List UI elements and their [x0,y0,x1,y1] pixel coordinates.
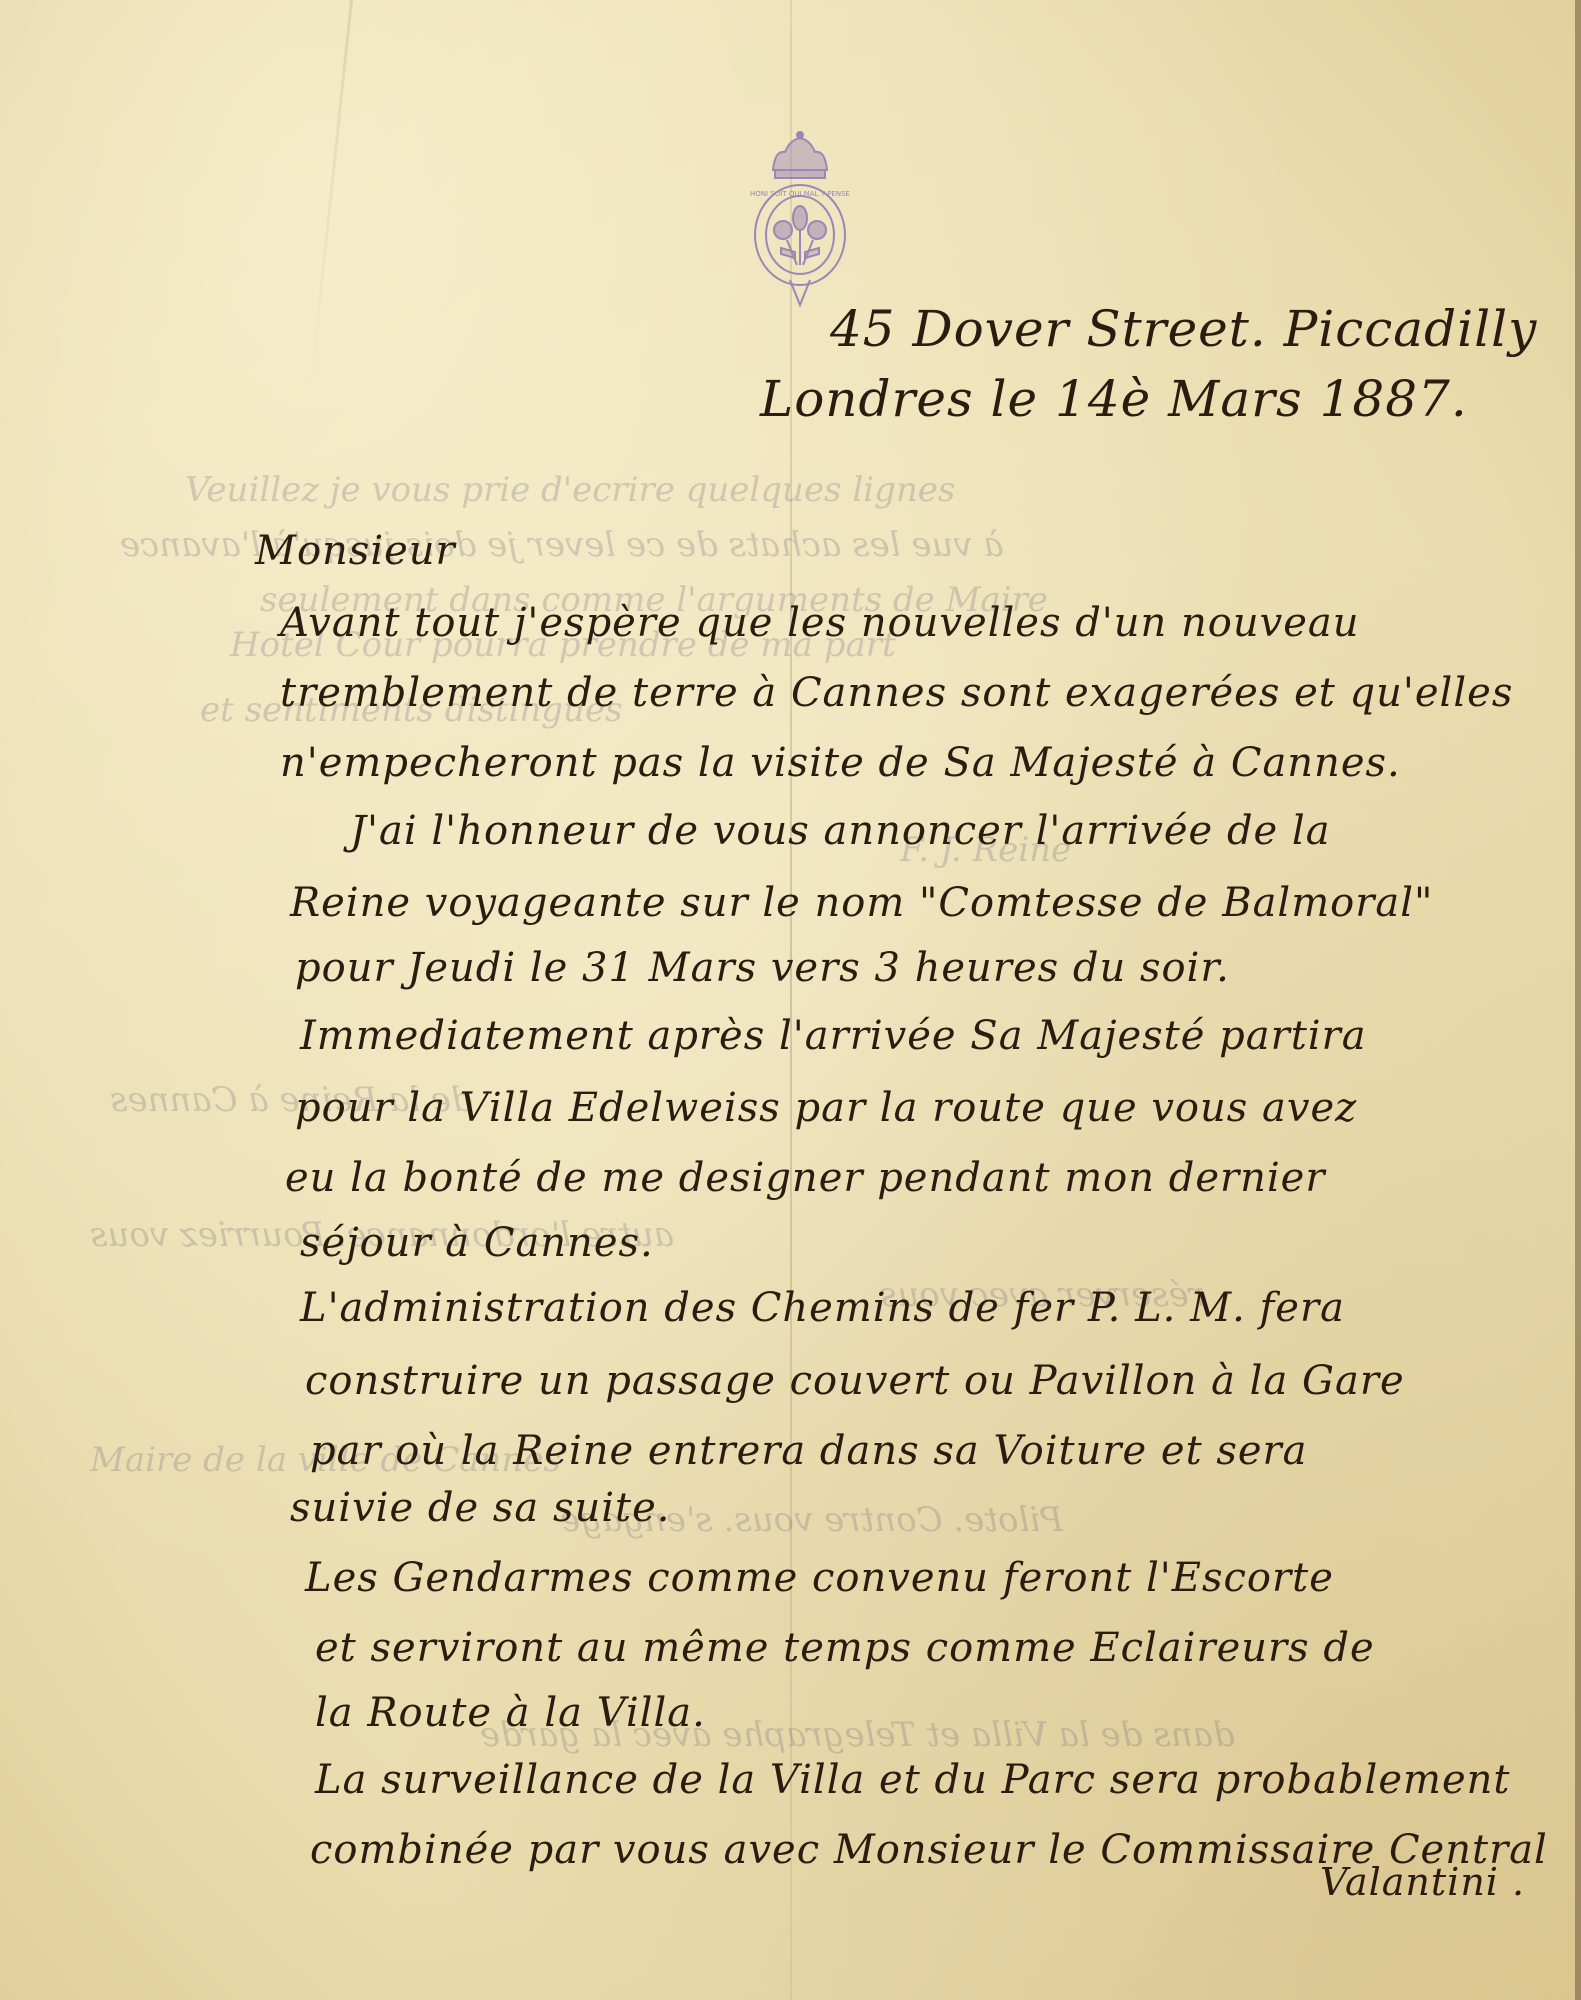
letter-line: L'administration des Chemins de fer P. L… [300,1285,1345,1331]
letter-signature: Valantini . [1320,1860,1525,1904]
letter-line: Avant tout j'espère que les nouvelles d'… [280,600,1360,646]
svg-text:HONI SOIT QUI MAL Y PENSE: HONI SOIT QUI MAL Y PENSE [750,190,850,198]
letter-salutation: Monsieur [255,528,456,574]
letter-page: Veuillez je vous prie d'ecrire quelques … [0,0,1581,2000]
paper-edge-shadow [1575,0,1581,2000]
bleed-through-line: Veuillez je vous prie d'ecrire quelques … [185,470,955,510]
letter-line: séjour à Cannes. [300,1220,654,1266]
letter-line: tremblement de terre à Cannes sont exage… [280,670,1513,716]
letter-line: n'empecheront pas la visite de Sa Majest… [280,740,1401,786]
letter-line: suivie de sa suite. [290,1485,670,1531]
letter-line: Reine voyageante sur le nom "Comtesse de… [290,880,1433,926]
paper-fold-crease [308,0,353,398]
letter-line: la Route à la Villa. [315,1690,706,1736]
letter-line: pour la Villa Edelweiss par la route que… [295,1085,1357,1131]
letter-dateline: Londres le 14è Mars 1887. [760,370,1468,428]
prince-of-wales-feathers-crest-icon: HONI SOIT QUI MAL Y PENSE [745,130,855,310]
letter-line: La surveillance de la Villa et du Parc s… [315,1757,1510,1803]
letter-line: et serviront au même temps comme Eclaire… [315,1625,1375,1671]
letter-line: par où la Reine entrera dans sa Voiture … [310,1428,1308,1474]
letter-line: J'ai l'honneur de vous annoncer l'arrivé… [350,808,1331,854]
letter-line: pour Jeudi le 31 Mars vers 3 heures du s… [295,945,1230,991]
letter-line: construire un passage couvert ou Pavillo… [305,1358,1405,1404]
bleed-through-line: à vue les achats de ce lever je dois jus… [120,525,1004,565]
letter-address: 45 Dover Street. Piccadilly [830,300,1537,358]
letter-line: Les Gendarmes comme convenu feront l'Esc… [305,1555,1334,1601]
letter-line: Immediatement après l'arrivée Sa Majesté… [300,1013,1367,1059]
letter-line: eu la bonté de me designer pendant mon d… [285,1155,1325,1201]
